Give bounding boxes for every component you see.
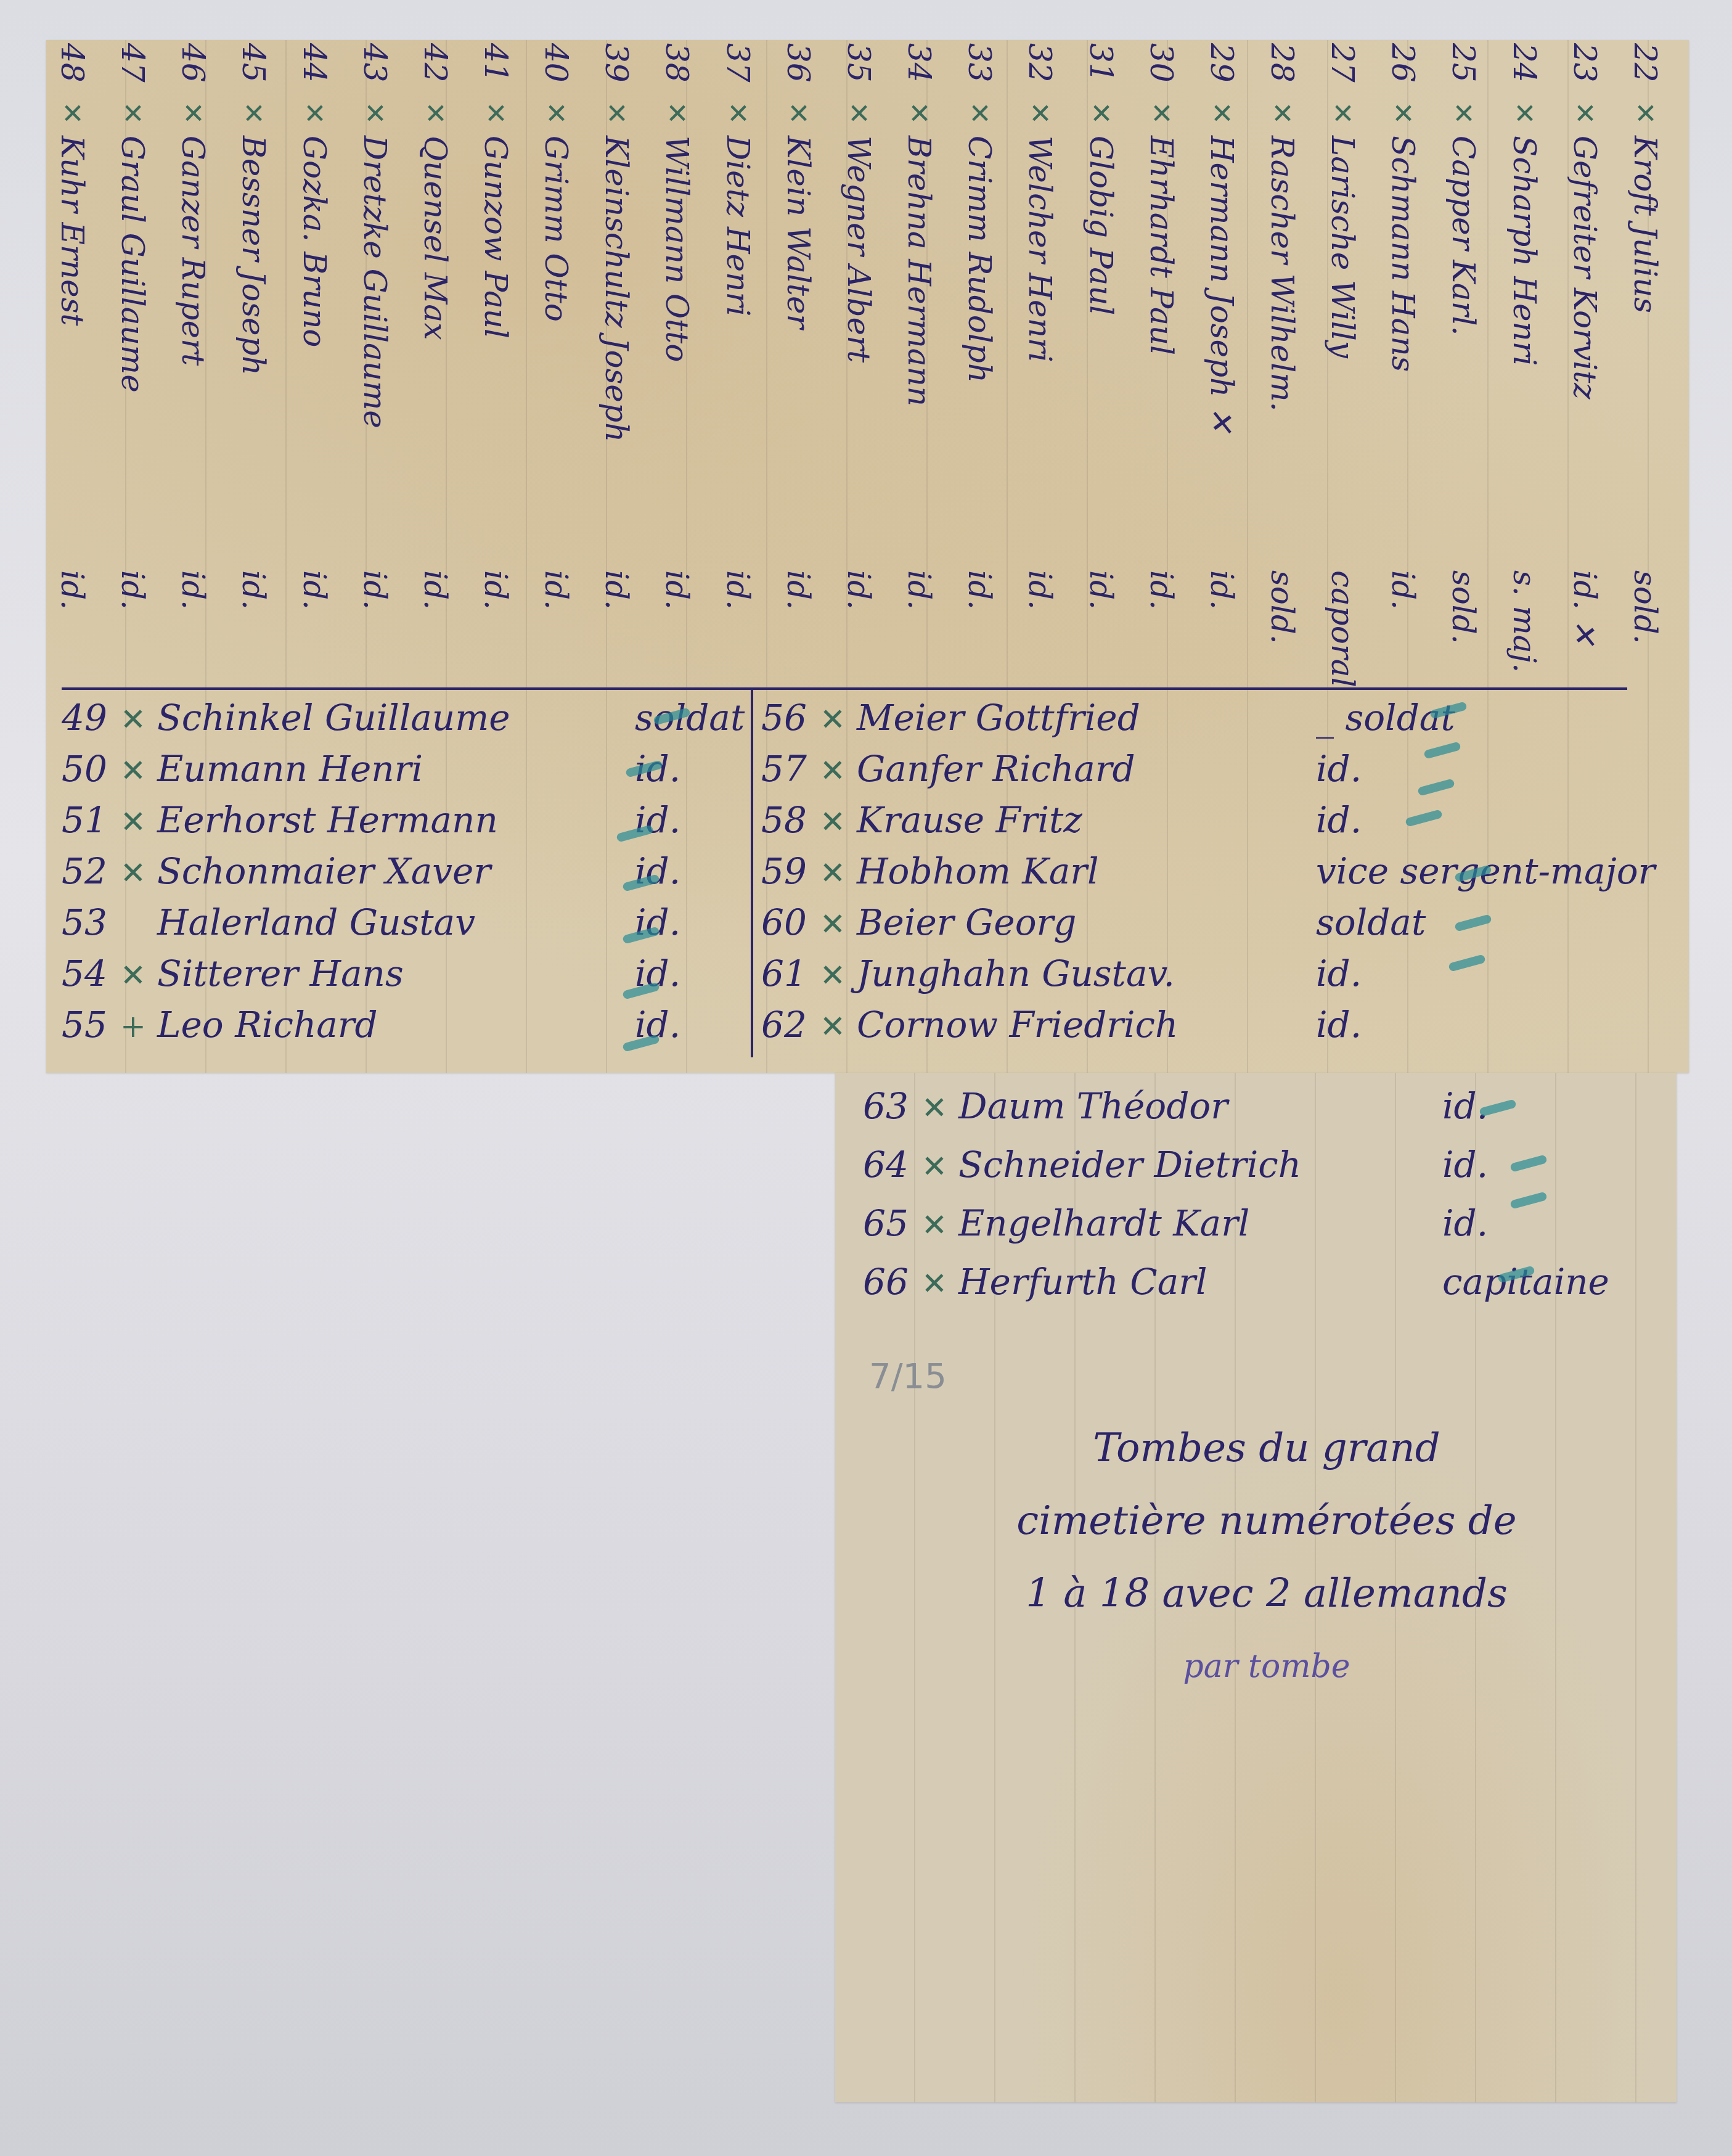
entry-name: Wegner Albert xyxy=(841,136,876,570)
entry-rank: soldat xyxy=(635,697,745,739)
entry-number: 39 xyxy=(598,43,634,102)
entry-name: Ehrhardt Paul xyxy=(1143,136,1179,570)
list-item: 57✕Ganfer Richardid. xyxy=(761,748,1135,797)
list-item: 42✕Quensel Maxid. xyxy=(412,43,458,687)
rotated-entry-column: 25✕Capper Karl.sold. xyxy=(1440,43,1486,687)
closing-note-line: 1 à 18 avec 2 allemands xyxy=(881,1557,1652,1630)
list-item: 36✕Klein Walterid. xyxy=(775,43,821,687)
rotated-entry-column: 22✕Kroft Juliussold. xyxy=(1622,43,1668,687)
horizontal-rule xyxy=(62,687,1627,690)
entry-number: 49 xyxy=(62,697,120,739)
entry-name: Dietz Henri xyxy=(720,136,756,570)
entry-rank: id. xyxy=(296,570,332,687)
list-item: 37✕Dietz Henriid. xyxy=(715,43,761,687)
cross-mark-icon: ✕ xyxy=(843,102,874,136)
list-item: 26✕Schmann Hansid. xyxy=(1380,43,1426,687)
list-item: 33✕Crimm Rudolphid. xyxy=(957,43,1002,687)
rotated-entry-column: 42✕Quensel Maxid. xyxy=(412,43,458,687)
rotated-entry-column: 45✕Bessner Josephid. xyxy=(231,43,276,687)
entry-rank: id. xyxy=(417,570,453,687)
entry-number: 31 xyxy=(1083,43,1119,102)
entry-name: Krause Fritz xyxy=(857,799,1082,841)
list-item: 51✕Eerhorst Hermannid. xyxy=(62,799,498,848)
entry-number: 62 xyxy=(761,1004,820,1046)
list-item: 32✕Welcher Henriid. xyxy=(1017,43,1063,687)
entry-name: Brehna Hermann xyxy=(901,136,937,570)
list-item: 23✕Gefreiter Korvitzid. ✕ xyxy=(1562,43,1607,687)
cross-mark-icon: ✕ xyxy=(1508,102,1540,136)
entry-number: 56 xyxy=(761,697,820,739)
rotated-entry-column: 40✕Grimm Ottoid. xyxy=(533,43,579,687)
pencil-annotation: 7/15 xyxy=(869,1356,947,1396)
cross-mark-icon: ✕ xyxy=(820,702,857,737)
cross-mark-icon: + xyxy=(120,1009,157,1044)
cross-mark-icon: ✕ xyxy=(419,102,451,136)
rotated-name-list: 22✕Kroft Juliussold.23✕Gefreiter Korvitz… xyxy=(49,43,1683,687)
entry-name: Eerhorst Hermann xyxy=(157,799,498,841)
entry-rank: id. xyxy=(1204,570,1240,687)
closing-note: Tombes du grand cimetière numérotées de … xyxy=(881,1412,1652,1703)
cross-mark-icon: ✕ xyxy=(120,957,157,993)
entry-number: 28 xyxy=(1264,43,1300,102)
entry-number: 58 xyxy=(761,799,820,841)
entry-rank: id. xyxy=(841,570,876,687)
cross-mark-icon: ✕ xyxy=(820,855,857,891)
cross-mark-icon: ✕ xyxy=(117,102,149,136)
entry-name: Schmann Hans xyxy=(1385,136,1421,570)
rotated-entry-column: 37✕Dietz Henriid. xyxy=(715,43,761,687)
entry-number: 66 xyxy=(863,1261,921,1303)
entry-rank: id. xyxy=(598,570,634,687)
entry-name: Meier Gottfried xyxy=(857,697,1140,739)
entry-rank: s. maj. xyxy=(1506,570,1542,687)
entry-rank: id. xyxy=(235,570,271,687)
cross-mark-icon: ✕ xyxy=(1387,102,1419,136)
entry-number: 37 xyxy=(720,43,756,102)
cross-mark-icon: ✕ xyxy=(1448,102,1479,136)
entry-number: 50 xyxy=(62,748,120,790)
list-item: 30✕Ehrhardt Paulid. xyxy=(1138,43,1184,687)
entry-number: 48 xyxy=(54,43,90,102)
column-divider xyxy=(751,687,753,1057)
entry-rank: id. xyxy=(720,570,756,687)
entry-number: 27 xyxy=(1325,43,1360,102)
entry-name: Klein Walter xyxy=(780,136,816,570)
entry-name: Ganfer Richard xyxy=(857,748,1135,790)
list-item: 44✕Gozka. Brunoid. xyxy=(292,43,337,687)
entry-name: Kroft Julius xyxy=(1627,136,1663,570)
list-item: 40✕Grimm Ottoid. xyxy=(533,43,579,687)
entry-name: Willmann Otto xyxy=(659,136,695,570)
entry-name: Gozka. Bruno xyxy=(296,136,332,570)
entry-rank: id. xyxy=(659,570,695,687)
cross-mark-icon: ✕ xyxy=(921,1207,958,1243)
entry-rank: id. xyxy=(1316,748,1362,790)
entry-number: 63 xyxy=(863,1085,921,1127)
list-item: 45✕Bessner Josephid. xyxy=(231,43,276,687)
rotated-entry-column: 31✕Globig Paulid. xyxy=(1078,43,1124,687)
list-item: 64✕Schneider Dietrichid. xyxy=(863,1144,1301,1193)
list-item: 22✕Kroft Juliussold. xyxy=(1622,43,1668,687)
entry-name: Kuhr Ernest xyxy=(54,136,90,570)
list-item: 34✕Brehna Hermannid. xyxy=(896,43,942,687)
cross-mark-icon: ✕ xyxy=(964,102,995,136)
list-item: 31✕Globig Paulid. xyxy=(1078,43,1124,687)
entry-number: 47 xyxy=(115,43,150,102)
entry-rank: id. xyxy=(901,570,937,687)
entry-number: 35 xyxy=(841,43,876,102)
cross-mark-icon: ✕ xyxy=(1569,102,1600,136)
entry-name: Quensel Max xyxy=(417,136,453,570)
list-item: 47✕Graul Guillaumeid. xyxy=(110,43,155,687)
entry-name: Bessner Joseph xyxy=(235,136,271,570)
entry-name: Halerland Gustav xyxy=(157,901,475,943)
cross-mark-icon: ✕ xyxy=(722,102,753,136)
rotated-entry-column: 24✕Scharph Henris. maj. xyxy=(1501,43,1547,687)
cross-mark-icon: ✕ xyxy=(820,906,857,942)
closing-note-line: cimetière numérotées de xyxy=(881,1485,1652,1557)
entry-rank: id. xyxy=(175,570,211,687)
entry-name: Daum Théodor xyxy=(958,1085,1228,1127)
rotated-entry-column: 34✕Brehna Hermannid. xyxy=(896,43,942,687)
cross-mark-icon: ✕ xyxy=(921,1266,958,1301)
entry-number: 41 xyxy=(478,43,513,102)
cross-mark-icon: ✕ xyxy=(298,102,330,136)
entry-rank: id. xyxy=(1083,570,1119,687)
entry-number: 33 xyxy=(962,43,997,102)
rotated-entry-column: 48✕Kuhr Ernestid. xyxy=(49,43,95,687)
cross-mark-icon: ✕ xyxy=(1145,102,1177,136)
rotated-entry-column: 41✕Gunzow Paulid. xyxy=(473,43,518,687)
entry-number: 57 xyxy=(761,748,820,790)
cross-mark-icon: ✕ xyxy=(120,804,157,840)
rotated-entry-column: 30✕Ehrhardt Paulid. xyxy=(1138,43,1184,687)
cross-mark-icon: ✕ xyxy=(820,1009,857,1044)
rotated-entry-column: 36✕Klein Walterid. xyxy=(775,43,821,687)
entry-name: Capper Karl. xyxy=(1445,136,1481,570)
entry-rank: id. xyxy=(54,570,90,687)
entry-name: Gunzow Paul xyxy=(478,136,513,570)
entry-number: 22 xyxy=(1627,43,1663,102)
list-item: 49✕Schinkel Guillaumesoldat xyxy=(62,697,510,746)
list-item: 66✕Herfurth Carlcapitaine xyxy=(863,1261,1207,1310)
cross-mark-icon: ✕ xyxy=(782,102,814,136)
list-item: 28✕Rascher Wilhelm.sold. xyxy=(1259,43,1305,687)
entry-name: Gefreiter Korvitz xyxy=(1567,136,1603,570)
entry-name: Ganzer Rupert xyxy=(175,136,211,570)
cross-mark-icon: ✕ xyxy=(1266,102,1297,136)
entry-rank: id. xyxy=(780,570,816,687)
entry-name: Hobhom Karl xyxy=(857,850,1099,892)
entry-name: Hermann Joseph ✕ xyxy=(1204,136,1240,570)
rotated-entry-column: 44✕Gozka. Brunoid. xyxy=(292,43,337,687)
cross-mark-icon: ✕ xyxy=(661,102,693,136)
cross-mark-icon: ✕ xyxy=(601,102,632,136)
entry-name: Grimm Otto xyxy=(538,136,574,570)
list-item: 59✕Hobhom Karlvice sergent-major xyxy=(761,850,1099,900)
entry-rank: id. xyxy=(1316,953,1362,994)
entry-number: 53 xyxy=(62,901,120,943)
entry-name: Crimm Rudolph xyxy=(962,136,997,570)
entry-rank: id. xyxy=(1442,1144,1488,1186)
entry-number: 34 xyxy=(901,43,937,102)
rotated-entry-column: 29✕Hermann Joseph ✕id. xyxy=(1199,43,1244,687)
cross-mark-icon: ✕ xyxy=(238,102,269,136)
rotated-entry-column: 39✕Kleinschultz Josephid. xyxy=(594,43,639,687)
entry-name: Larische Willy xyxy=(1325,136,1360,570)
entry-name: Welcher Henri xyxy=(1022,136,1058,570)
entry-number: 61 xyxy=(761,953,820,994)
list-item: 46✕Ganzer Rupertid. xyxy=(170,43,216,687)
entry-number: 64 xyxy=(863,1144,921,1186)
entry-rank: id. xyxy=(1442,1202,1488,1244)
entry-rank: id. xyxy=(962,570,997,687)
cross-mark-icon: ✕ xyxy=(120,702,157,737)
rotated-entry-column: 33✕Crimm Rudolphid. xyxy=(957,43,1002,687)
list-item: 25✕Capper Karl.sold. xyxy=(1440,43,1486,687)
entry-number: 54 xyxy=(62,953,120,994)
entry-number: 60 xyxy=(761,901,820,943)
cross-mark-icon: ✕ xyxy=(120,753,157,789)
rotated-entry-column: 38✕Willmann Ottoid. xyxy=(654,43,700,687)
cross-mark-icon: ✕ xyxy=(904,102,935,136)
entry-name: Engelhardt Karl xyxy=(958,1202,1249,1244)
cross-mark-icon: ✕ xyxy=(1629,102,1661,136)
entry-rank: sold. xyxy=(1264,570,1300,687)
entry-number: 30 xyxy=(1143,43,1179,102)
cross-mark-icon: ✕ xyxy=(359,102,390,136)
cross-mark-icon: ✕ xyxy=(120,855,157,891)
cross-mark-icon: ✕ xyxy=(820,804,857,840)
cross-mark-icon: ✕ xyxy=(541,102,572,136)
list-item: 61✕Junghahn Gustav.id. xyxy=(761,953,1175,1002)
entry-rank: id. ✕ xyxy=(1567,570,1603,687)
entry-number: 52 xyxy=(62,850,120,892)
rotated-entry-column: 26✕Schmann Hansid. xyxy=(1380,43,1426,687)
entry-rank: soldat xyxy=(1316,901,1426,943)
list-item: 35✕Wegner Albertid. xyxy=(836,43,881,687)
closing-note-line: par tombe xyxy=(881,1630,1652,1703)
entry-number: 25 xyxy=(1445,43,1481,102)
entry-number: 29 xyxy=(1204,43,1240,102)
entry-number: 46 xyxy=(175,43,211,102)
list-item: 39✕Kleinschultz Josephid. xyxy=(594,43,639,687)
entry-rank: id. xyxy=(1316,1004,1362,1046)
entry-number: 45 xyxy=(235,43,271,102)
entry-rank: id. xyxy=(478,570,513,687)
list-item: 24✕Scharph Henris. maj. xyxy=(1501,43,1547,687)
list-item: 41✕Gunzow Paulid. xyxy=(473,43,518,687)
entry-number: 23 xyxy=(1567,43,1603,102)
list-item: 56✕Meier Gottfried_ soldat xyxy=(761,697,1140,746)
entry-number: 40 xyxy=(538,43,574,102)
list-item: 52✕Schonmaier Xaverid. xyxy=(62,850,491,900)
entry-number: 32 xyxy=(1022,43,1058,102)
rotated-entry-column: 35✕Wegner Albertid. xyxy=(836,43,881,687)
cross-mark-icon: ✕ xyxy=(820,753,857,789)
list-item: 29✕Hermann Joseph ✕id. xyxy=(1199,43,1244,687)
rotated-entry-column: 27✕Larische Willycaporal xyxy=(1320,43,1365,687)
entry-name: Kleinschultz Joseph xyxy=(598,136,634,570)
entry-number: 24 xyxy=(1506,43,1542,102)
list-item: 43✕Dretzke Guillaumeid. xyxy=(352,43,398,687)
entry-number: 65 xyxy=(863,1202,921,1244)
entry-name: Junghahn Gustav. xyxy=(857,953,1175,994)
cross-mark-icon: ✕ xyxy=(1206,102,1237,136)
entry-rank: id. xyxy=(1143,570,1179,687)
entry-rank: id. xyxy=(1022,570,1058,687)
entry-rank: sold. xyxy=(1445,570,1481,687)
cross-mark-icon: ✕ xyxy=(1085,102,1116,136)
list-item: 53Halerland Gustavid. xyxy=(62,901,475,951)
list-item: 38✕Willmann Ottoid. xyxy=(654,43,700,687)
list-item: 60✕Beier Georgsoldat xyxy=(761,901,1076,951)
entry-number: 42 xyxy=(417,43,453,102)
cross-mark-icon: ✕ xyxy=(57,102,88,136)
entry-number: 44 xyxy=(296,43,332,102)
cross-mark-icon: ✕ xyxy=(820,957,857,993)
entry-rank: id. xyxy=(357,570,393,687)
entry-name: Cornow Friedrich xyxy=(857,1004,1178,1046)
list-item: 27✕Larische Willycaporal xyxy=(1320,43,1365,687)
entry-name: Schneider Dietrich xyxy=(958,1144,1301,1186)
entry-name: Schonmaier Xaver xyxy=(157,850,491,892)
entry-rank: id. xyxy=(1442,1085,1488,1127)
cross-mark-icon: ✕ xyxy=(921,1149,958,1184)
cross-mark-icon: ✕ xyxy=(921,1090,958,1126)
rotated-entry-column: 46✕Ganzer Rupertid. xyxy=(170,43,216,687)
entry-name: Sitterer Hans xyxy=(157,953,404,994)
list-item: 48✕Kuhr Ernestid. xyxy=(49,43,95,687)
rotated-entry-column: 47✕Graul Guillaumeid. xyxy=(110,43,155,687)
entry-rank: id. xyxy=(115,570,150,687)
entry-number: 59 xyxy=(761,850,820,892)
list-item: 58✕Krause Fritzid. xyxy=(761,799,1082,848)
cross-mark-icon: ✕ xyxy=(1327,102,1358,136)
entry-name: Herfurth Carl xyxy=(958,1261,1207,1303)
cross-mark-icon: ✕ xyxy=(178,102,209,136)
list-item: 65✕Engelhardt Karlid. xyxy=(863,1202,1249,1252)
entry-number: 36 xyxy=(780,43,816,102)
entry-rank: id. xyxy=(538,570,574,687)
list-item: 54✕Sitterer Hansid. xyxy=(62,953,404,1002)
entry-name: Schinkel Guillaume xyxy=(157,697,510,739)
list-item: 62✕Cornow Friedrichid. xyxy=(761,1004,1178,1053)
rotated-entry-column: 23✕Gefreiter Korvitzid. ✕ xyxy=(1562,43,1607,687)
cross-mark-icon: ✕ xyxy=(1024,102,1056,136)
entry-name: Rascher Wilhelm. xyxy=(1264,136,1300,570)
entry-rank: id. xyxy=(1316,799,1362,841)
entry-name: Beier Georg xyxy=(857,901,1076,943)
entry-rank: caporal xyxy=(1325,570,1360,687)
rotated-entry-column: 43✕Dretzke Guillaumeid. xyxy=(352,43,398,687)
entry-number: 43 xyxy=(357,43,393,102)
entry-number: 38 xyxy=(659,43,695,102)
entry-number: 51 xyxy=(62,799,120,841)
closing-note-line: Tombes du grand xyxy=(881,1412,1652,1485)
rotated-entry-column: 28✕Rascher Wilhelm.sold. xyxy=(1259,43,1305,687)
rotated-entry-column: 32✕Welcher Henriid. xyxy=(1017,43,1063,687)
entry-name: Scharph Henri xyxy=(1506,136,1542,570)
cross-mark-icon: ✕ xyxy=(480,102,512,136)
list-item: 55+Leo Richardid. xyxy=(62,1004,378,1053)
entry-rank: id. xyxy=(1385,570,1421,687)
entry-name: Globig Paul xyxy=(1083,136,1119,570)
entry-rank: sold. xyxy=(1627,570,1663,687)
entry-name: Eumann Henri xyxy=(157,748,423,790)
entry-name: Dretzke Guillaume xyxy=(357,136,393,570)
entry-number: 26 xyxy=(1385,43,1421,102)
list-item: 63✕Daum Théodorid. xyxy=(863,1085,1228,1134)
entry-number: 55 xyxy=(62,1004,120,1046)
entry-name: Leo Richard xyxy=(157,1004,378,1046)
list-item: 50✕Eumann Henriid. xyxy=(62,748,423,797)
entry-name: Graul Guillaume xyxy=(115,136,150,570)
